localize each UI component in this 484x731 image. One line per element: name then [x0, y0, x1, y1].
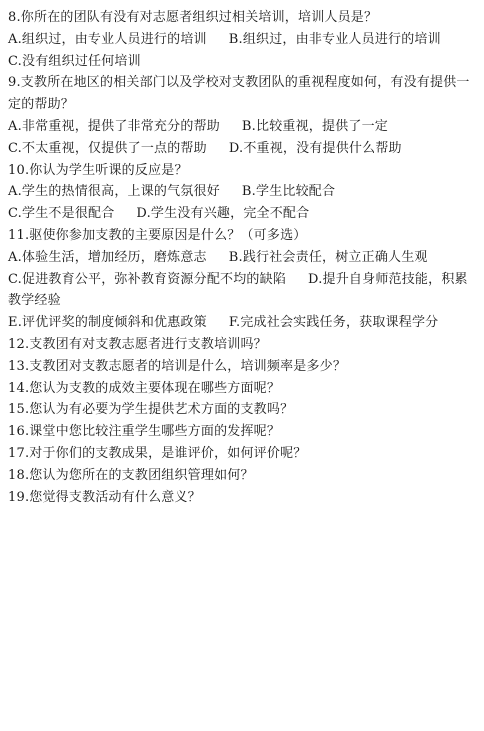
question-17: 17.对于你们的支教成果，是谁评价，如何评价呢？	[8, 443, 480, 465]
question-12: 12.支教团有对支教志愿者进行支教培训吗？	[8, 334, 480, 356]
question-11-options-row-2: C.促进教育公平，弥补教育资源分配不均的缺陷D.提升自身师范技能，积累	[8, 269, 480, 291]
question-11-option-d-continued: 教学经验	[8, 290, 61, 312]
question-10-option-d: D.学生没有兴趣，完全不配合	[136, 203, 309, 225]
question-9-line-1: 9.支教所在地区的相关部门以及学校对支教团队的重视程度如何，有没有提供一	[8, 72, 480, 94]
question-15: 15.您认为有必要为学生提供艺术方面的支教吗？	[8, 399, 480, 421]
question-9-line-2: 定的帮助？	[8, 94, 480, 116]
question-11-option-f: F.完成社会实践任务，获取课程学分	[229, 312, 439, 334]
question-9-options-row-1: A.非常重视，提供了非常充分的帮助B.比较重视，提供了一定	[8, 116, 480, 138]
question-8-option-c: C.没有组织过任何培训	[8, 51, 141, 73]
question-11-option-e: E.评优评奖的制度倾斜和优惠政策	[8, 312, 207, 334]
question-9-option-b: B.比较重视，提供了一定	[242, 116, 388, 138]
question-11-options-row-1: A.体验生活，增加经历，磨炼意志B.践行社会责任，树立正确人生观	[8, 247, 480, 269]
question-9-option-d: D.不重视，没有提供什么帮助	[229, 138, 402, 160]
question-10: 10.你认为学生听课的反应是？	[8, 160, 480, 182]
question-11-options-row-3: 教学经验	[8, 290, 480, 312]
question-8-options-row-2: C.没有组织过任何培训	[8, 51, 480, 73]
question-8-option-b: B.组织过，由非专业人员进行的培训	[229, 29, 441, 51]
question-8-options-row-1: A.组织过，由专业人员进行的培训B.组织过，由非专业人员进行的培训	[8, 29, 480, 51]
question-10-options-row-1: A.学生的热情很高，上课的气氛很好B.学生比较配合	[8, 181, 480, 203]
question-10-option-c: C.学生不是很配合	[8, 203, 114, 225]
question-16: 16.课堂中您比较注重学生哪些方面的发挥呢？	[8, 421, 480, 443]
question-18: 18.您认为您所在的支教团组织管理如何？	[8, 465, 480, 487]
survey-document: 8.你所在的团队有没有对志愿者组织过相关培训，培训人员是？ A.组织过，由专业人…	[8, 7, 480, 508]
question-11-option-c: C.促进教育公平，弥补教育资源分配不均的缺陷	[8, 269, 286, 291]
question-11-options-row-4: E.评优评奖的制度倾斜和优惠政策F.完成社会实践任务，获取课程学分	[8, 312, 480, 334]
question-9-option-a: A.非常重视，提供了非常充分的帮助	[8, 116, 220, 138]
question-19: 19.您觉得支教活动有什么意义？	[8, 487, 480, 509]
question-11-option-d: D.提升自身师范技能，积累	[308, 269, 468, 291]
question-11-option-a: A.体验生活，增加经历，磨炼意志	[8, 247, 207, 269]
question-10-option-a: A.学生的热情很高，上课的气氛很好	[8, 181, 220, 203]
question-10-options-row-2: C.学生不是很配合D.学生没有兴趣，完全不配合	[8, 203, 480, 225]
question-8-option-a: A.组织过，由专业人员进行的培训	[8, 29, 207, 51]
question-11-option-b: B.践行社会责任，树立正确人生观	[229, 247, 428, 269]
question-10-option-b: B.学生比较配合	[242, 181, 335, 203]
question-8: 8.你所在的团队有没有对志愿者组织过相关培训，培训人员是？	[8, 7, 480, 29]
question-13: 13.支教团对支教志愿者的培训是什么，培训频率是多少？	[8, 356, 480, 378]
question-11: 11.驱使你参加支教的主要原因是什么？（可多选）	[8, 225, 480, 247]
question-14: 14.您认为支教的成效主要体现在哪些方面呢？	[8, 378, 480, 400]
question-9-options-row-2: C.不太重视，仅提供了一点的帮助D.不重视，没有提供什么帮助	[8, 138, 480, 160]
question-9-option-c: C.不太重视，仅提供了一点的帮助	[8, 138, 207, 160]
